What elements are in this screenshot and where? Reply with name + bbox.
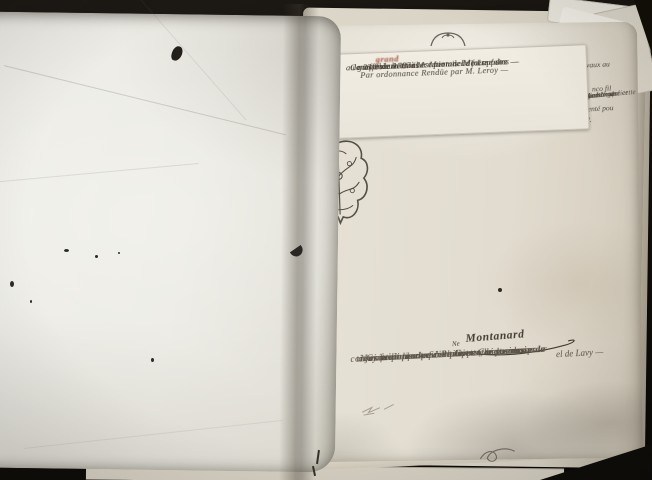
ink-speck	[30, 300, 32, 303]
text-fragment: vaux au	[586, 59, 610, 69]
ink-speck	[151, 358, 154, 362]
ink-speck	[118, 252, 120, 254]
crease-line	[24, 420, 283, 449]
gutter-shadow	[279, 4, 319, 480]
ink-speck	[95, 255, 98, 258]
crown-stamp-icon	[428, 30, 468, 47]
crease-line	[0, 163, 199, 184]
crease-line	[4, 65, 286, 135]
note-line: actes suivantes.	[364, 59, 422, 75]
pinned-note: grand Par ordonnance Rendüe par M. Leroy…	[334, 44, 589, 139]
ink-speck	[498, 288, 502, 292]
manuscript-photo: à M. les juges du 10e relation présente …	[0, 0, 652, 480]
ink-speck	[10, 281, 14, 287]
text-fragment: nco fil	[592, 84, 612, 94]
ink-speck	[64, 249, 69, 252]
